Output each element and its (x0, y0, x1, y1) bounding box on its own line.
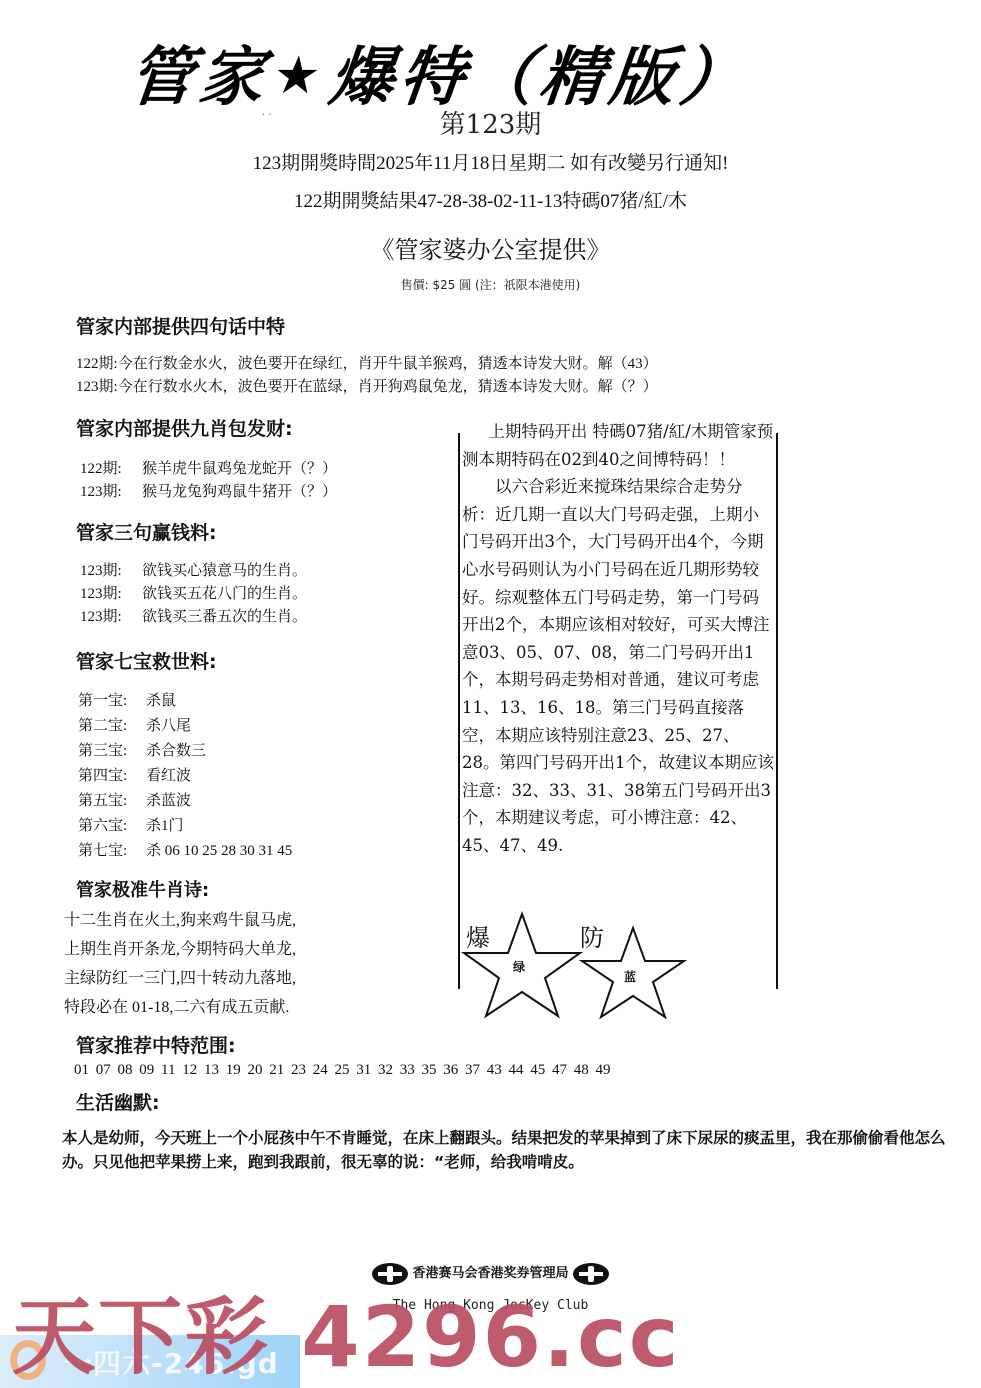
analysis-paragraph-2: 以六合彩近来搅珠结果综合走势分析：近几期一直以大门号码走强，上期小门号码开出3个… (462, 473, 774, 859)
poem-line: 主绿防红一三门,四十转动九落地, (64, 965, 296, 988)
price-line: 售價: $25 圓 (注：祇限本港使用) (0, 276, 981, 293)
section-heading-humor: 生活幽默: (76, 1088, 160, 1115)
list-item: 第七宝:杀 06 10 25 28 30 31 45 (78, 839, 292, 860)
section-heading-range: 管家推荐中特范围: (76, 1031, 236, 1058)
watermark-main: 天下彩 4296.cc (12, 1270, 681, 1388)
list-item: 123期:欲钱买心猿意马的生肖。 (80, 559, 307, 580)
list-item: 第一宝:杀鼠 (78, 689, 176, 710)
issue-number: 第123期 (0, 104, 981, 141)
list-item: 第六宝:杀1门 (78, 814, 184, 835)
star-label-blue: 蓝 (624, 968, 636, 985)
last-result: 122期開獎結果47-28-38-02-11-13特碼07猪/紅/木 (0, 186, 981, 213)
section-heading-four-sentence: 管家内部提供四句话中特 (76, 312, 285, 339)
provider-line: 《管家婆办公室提供》 (0, 230, 981, 265)
recommended-numbers: 01 07 08 09 11 12 13 19 20 21 23 24 25 3… (74, 1062, 610, 1079)
list-item: 第四宝:看红波 (78, 764, 191, 785)
document-title: 管家★爆特（精版） (125, 26, 834, 116)
section-heading-seven-treasures: 管家七宝救世料: (76, 647, 217, 674)
list-item: 122期:今在行数金水火，波色要开在绿红，肖开牛鼠羊猴鸡，猜透本诗发大财。解（4… (76, 352, 658, 373)
star-label-green: 绿 (513, 958, 525, 975)
list-item: 123期:欲钱买三番五次的生肖。 (80, 605, 307, 626)
list-item: 第三宝:杀合数三 (78, 739, 206, 760)
humor-text: 本人是幼师，今天班上一个小屁孩中午不肯睡觉，在床上翻跟头。结果把发的苹果掉到了床… (62, 1126, 952, 1174)
draw-time: 123期開獎時間2025年11月18日星期二 如有改變另行通知! (0, 148, 981, 175)
section-heading-three-sentence: 管家三句赢钱料: (76, 518, 217, 545)
list-item: 123期:猴马龙兔狗鸡鼠牛猪开（？） (80, 480, 337, 501)
list-item: 123期:今在行数水火木，波色要开在蓝绿，肖开狗鸡鼠兔龙，猜透本诗发大财。解（？… (76, 375, 658, 396)
section-heading-nine-zodiac: 管家内部提供九肖包发财: (76, 414, 293, 441)
poem-line: 十二生肖在火土,狗来鸡牛鼠马虎, (64, 907, 296, 930)
list-item: 123期:欲钱买五花八门的生肖。 (80, 582, 307, 603)
analysis-paragraph-1: 上期特码开出 特碼07猪/紅/木期管家预测本期特码在02到40之间博特码！！ (462, 418, 774, 473)
list-item: 122期:猴羊虎牛鼠鸡兔龙蛇开（？） (80, 457, 337, 478)
list-item: 第五宝:杀蓝波 (78, 789, 191, 810)
section-heading-poem: 管家极准牛肖诗: (76, 876, 209, 902)
list-item: 第二宝:杀八尾 (78, 714, 191, 735)
star-icon: ★ (270, 46, 329, 106)
analysis-text: 上期特码开出 特碼07猪/紅/木期管家预测本期特码在02到40之间博特码！！ 以… (462, 418, 774, 860)
poem-line: 特段必在 01-18,二六有成五贡献. (64, 994, 289, 1017)
poem-line: 上期生肖开条龙,今期特码大单龙, (64, 936, 296, 959)
